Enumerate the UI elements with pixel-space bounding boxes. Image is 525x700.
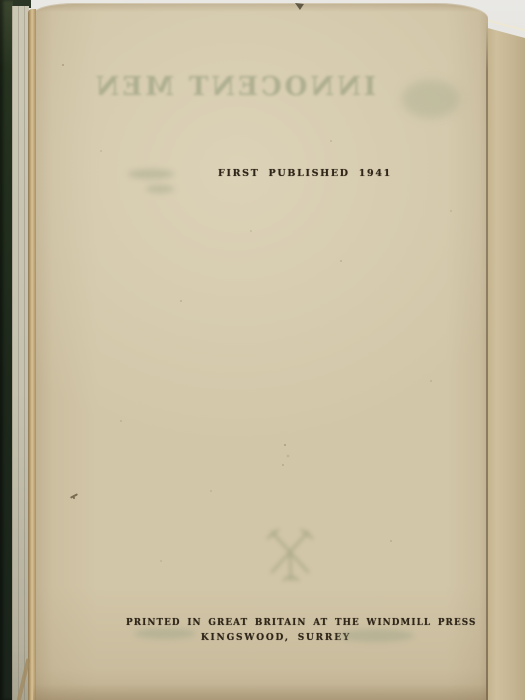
- bottom-shadow: [33, 684, 488, 700]
- show-through-title: INNOCENT MEN: [110, 64, 376, 110]
- show-through-smudge: [402, 80, 460, 118]
- show-through-byline-mark: [128, 169, 174, 179]
- show-through-byline-mark: [146, 185, 174, 193]
- paper-specks: [0, 0, 2, 2]
- book-photo: INNOCENT MEN FIRST PUBLISHED 1941 PRINTE…: [0, 0, 525, 700]
- show-through-imprint-mark: [134, 628, 196, 639]
- windmill-device-icon: [258, 522, 322, 598]
- page-crease: [486, 22, 488, 700]
- endpaper-edge: [12, 6, 29, 700]
- first-published-line: FIRST PUBLISHED 1941: [218, 168, 386, 179]
- next-page-edge: [484, 18, 525, 700]
- gutter-page-edges: [28, 9, 36, 700]
- show-through-imprint-mark: [338, 629, 414, 642]
